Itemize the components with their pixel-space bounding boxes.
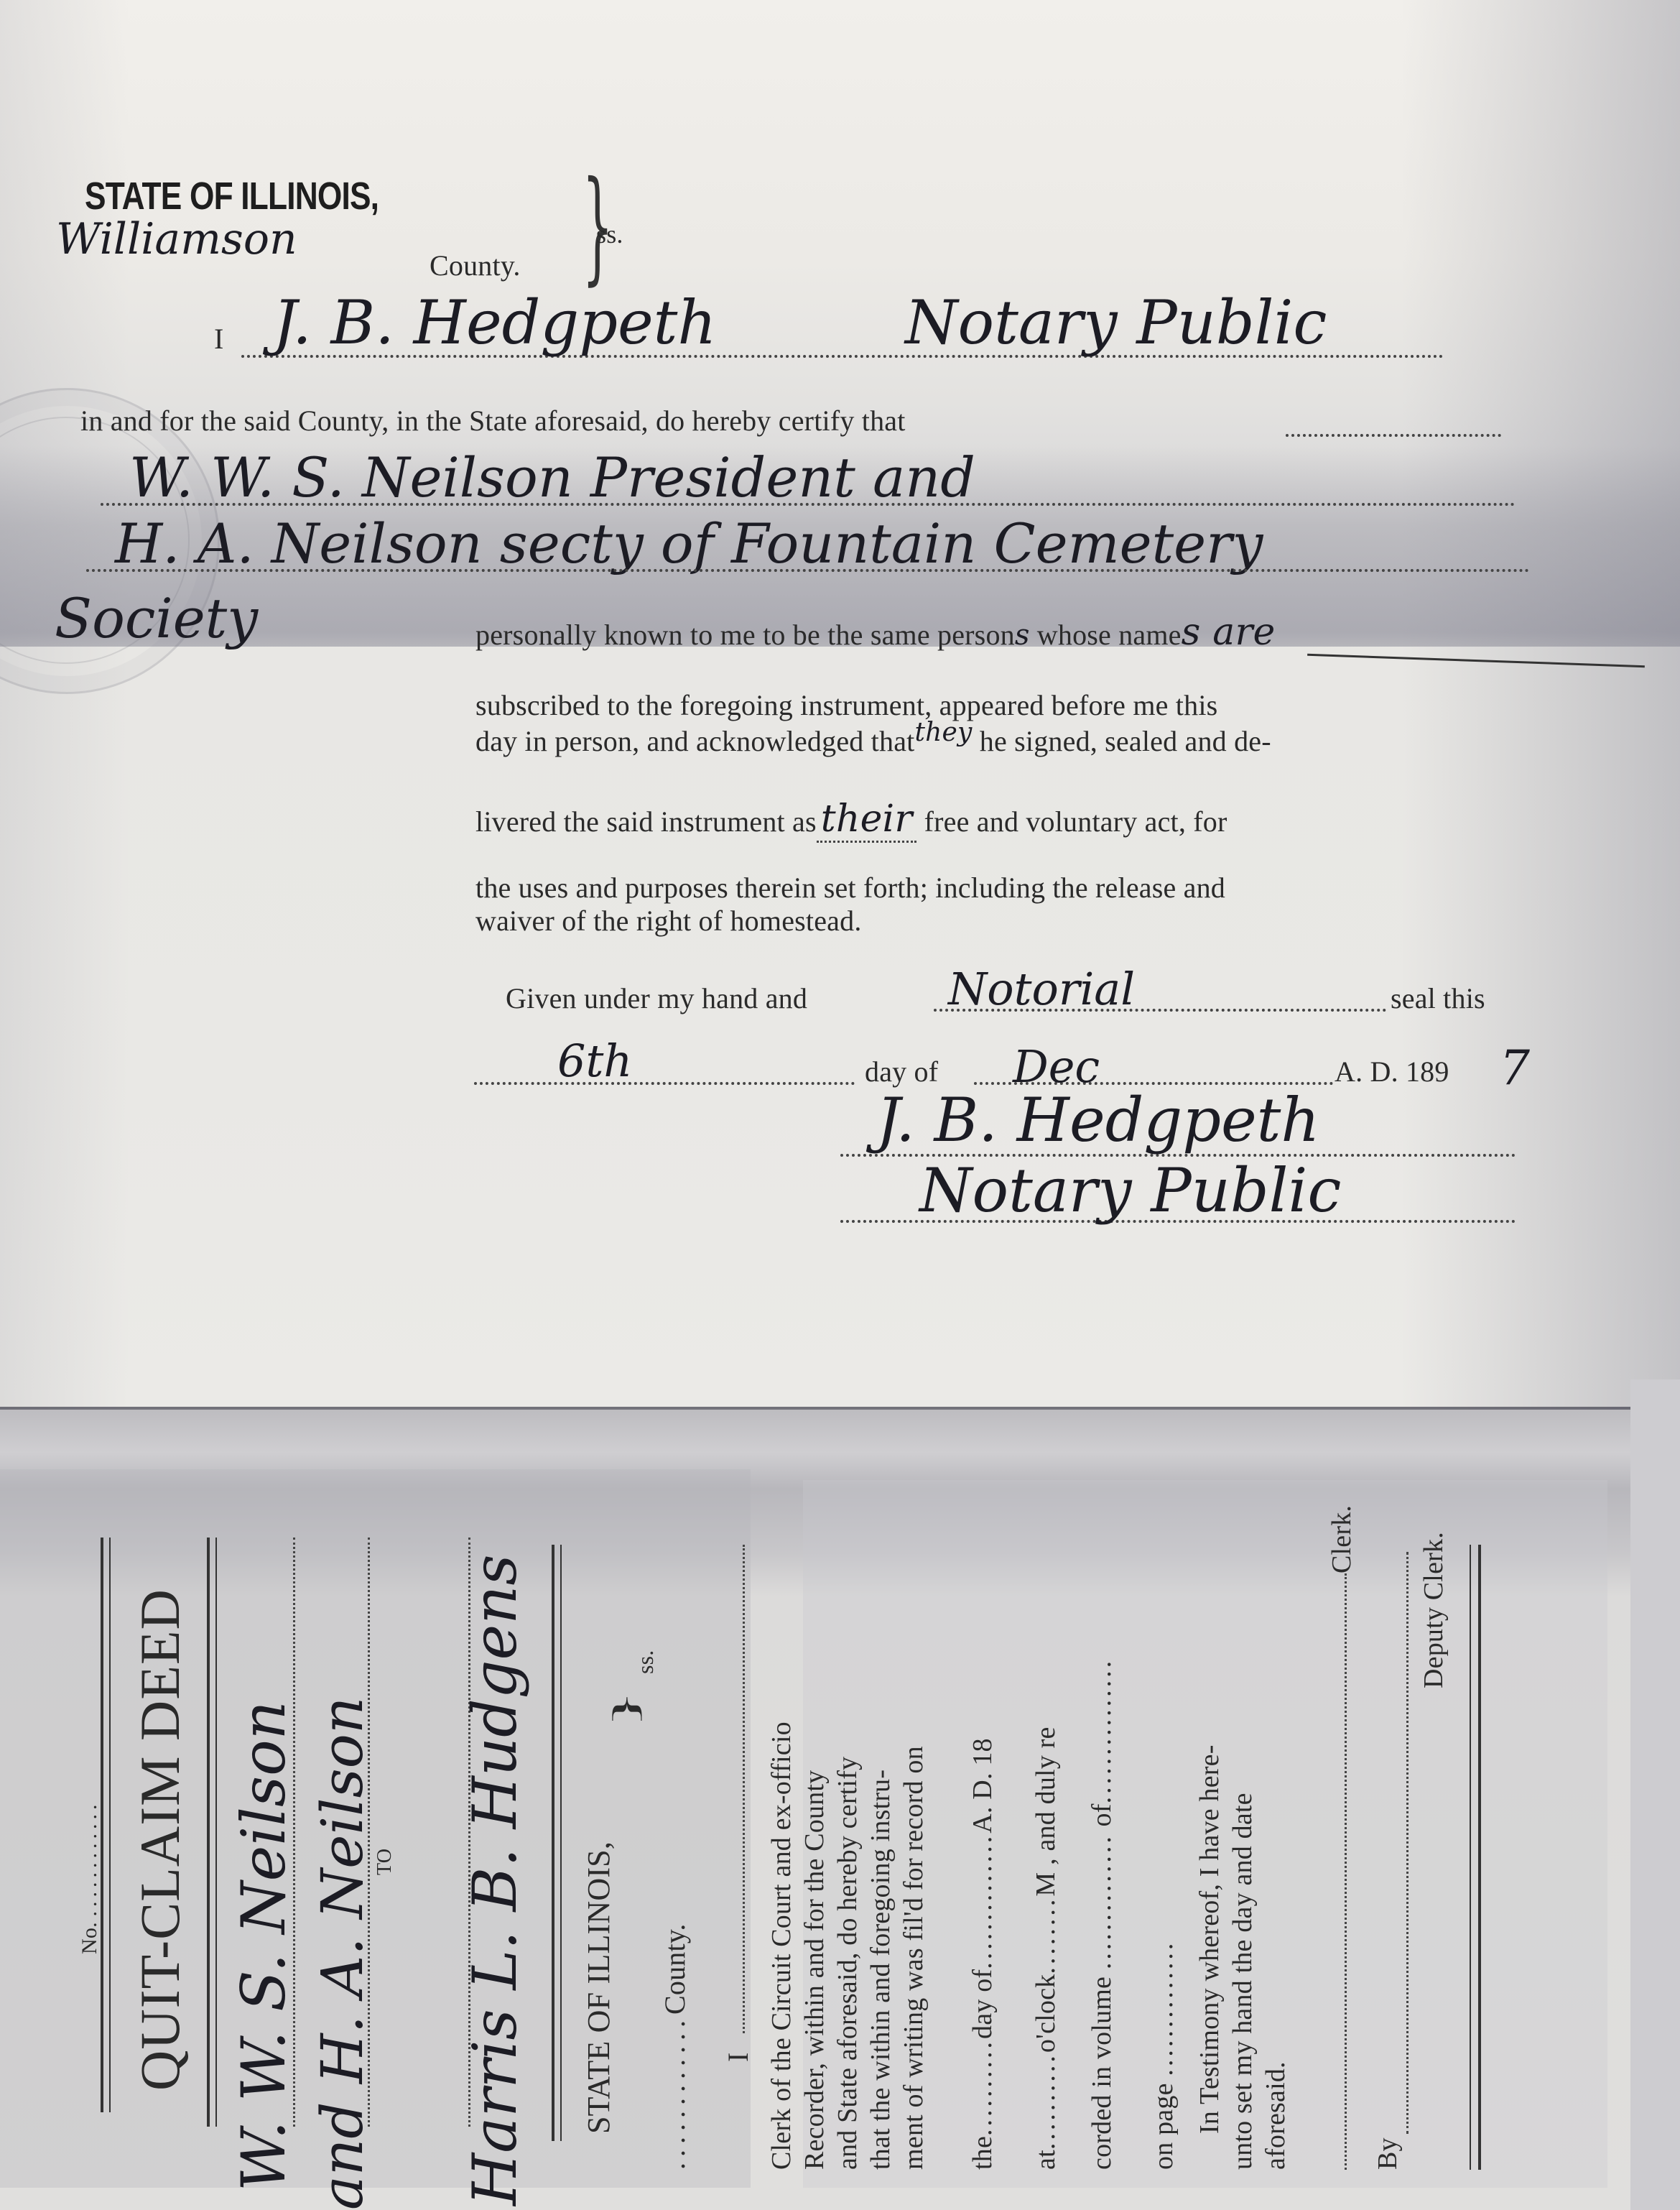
page-line: on page .............. [1148,1941,1179,2170]
grantee-rule-thin [560,1545,562,2141]
signature-title: Notary Public [919,1155,1341,1226]
clerk-label: Clerk. [1326,1505,1358,1573]
closing-rule-thin [1470,1545,1471,2170]
day-of-label: day of [865,1055,938,1088]
certify-line: in and for the said County, in the State… [80,404,906,438]
persons-line-3: Society [55,586,258,650]
grantee: Harris L. B. Hudgens [460,1555,530,2206]
paragraph-1b: day in person, and acknowledged thatthey… [475,724,1271,758]
given-under-label: Given under my hand and [506,981,807,1015]
seal-type-handwritten: Notorial [948,963,1135,1015]
grantor-line-2: and H. A. Neilson [309,1697,376,2210]
testimony-line-1: In Testimony whereof, I have here- [1194,1744,1225,2134]
grantor-line-1: W. W. S. Neilson [228,1701,299,2191]
i-label: I [214,322,224,356]
ss-label: ss. [596,219,623,249]
persons-line-2-blank [86,569,1530,572]
grantee-rule [552,1545,554,2141]
persons-line-1: W. W. S. Neilson President and [129,445,975,509]
clerk-line-3: and State aforesaid, do hereby certify [832,1757,863,2170]
deed-title: QUIT-CLAIM DEED [128,1589,192,2091]
clerk-line-4: that the within and foregoing instru- [865,1770,896,2170]
testimony-line-2: unto set my hand the day and date [1227,1793,1258,2170]
day-handwritten: 6th [557,1035,632,1087]
paper-edge [1630,1379,1680,2210]
ad-year-label: A. D. 189 [1335,1055,1449,1088]
day-blank [474,1082,855,1085]
persons-line-1-blank [101,503,1516,506]
deed-ss: ss. [632,1650,659,1674]
grantor-blank-2 [368,1538,370,2127]
deed-brace: } [605,1690,646,1728]
paragraph-2: livered the said instrument astheir free… [475,797,1227,841]
testimony-line-3: aforesaid. [1260,2061,1291,2170]
seal-this-label: seal this [1391,981,1485,1015]
grantor-blank-1 [293,1538,295,2127]
clerk-name-blank [743,1545,745,2033]
clerk-line-2: Recorder, within and for the County [799,1770,830,2170]
year-digit-handwritten: 7 [1500,1040,1530,1096]
deed-number: No. ............ [78,1800,102,1954]
county-label: County. [430,249,521,282]
title-rule-left [101,1538,103,2112]
title-rule-right [207,1538,210,2127]
deed-i-label: I [721,2052,755,2062]
certify-blank [1286,434,1501,437]
clerk-signature-blank [1345,1573,1347,2170]
title-rule-right-thin [215,1538,217,2127]
paragraph-1a: subscribed to the foregoing instrument, … [475,688,1217,722]
persons-line-2: H. A. Neilson secty of Fountain Cemetery [115,512,1263,575]
to-label: TO [373,1849,396,1875]
clerk-line-1: Clerk of the Circuit Court and ex-offici… [766,1721,797,2170]
closing-rule [1478,1545,1481,2170]
deed-state-heading: STATE OF ILLINOIS, [580,1841,617,2134]
notary-name-handwritten: J. B. Hedgpeth [273,287,717,358]
paragraph-3a: the uses and purposes therein set forth;… [475,871,1225,905]
clerk-line-5: ment of writing was fil'd for record on [898,1746,929,2170]
notary-title-handwritten: Notary Public [905,287,1327,358]
county-handwritten: Williamson [56,214,297,264]
signature-name: J. B. Hedgpeth [876,1085,1320,1155]
title-rule-left-thin [109,1538,111,2112]
state-heading: STATE OF ILLINOIS, [85,174,379,218]
volume-line: corded in volume .............. of......… [1086,1658,1118,2170]
filed-day-line: the..........day of..............A. D. 1… [967,1738,998,2170]
paragraph-3b: waiver of the right of homestead. [475,904,862,938]
time-line: at..........o'clock........M , and duly … [1030,1726,1062,2170]
deputy-signature-blank [1406,1552,1408,2134]
deed-county-line: ............County. [658,1923,692,2170]
by-label: By [1372,2137,1403,2170]
deputy-clerk-label: Deputy Clerk. [1418,1532,1449,1688]
personally-known-line: personally known to me to be the same pe… [475,611,1275,654]
